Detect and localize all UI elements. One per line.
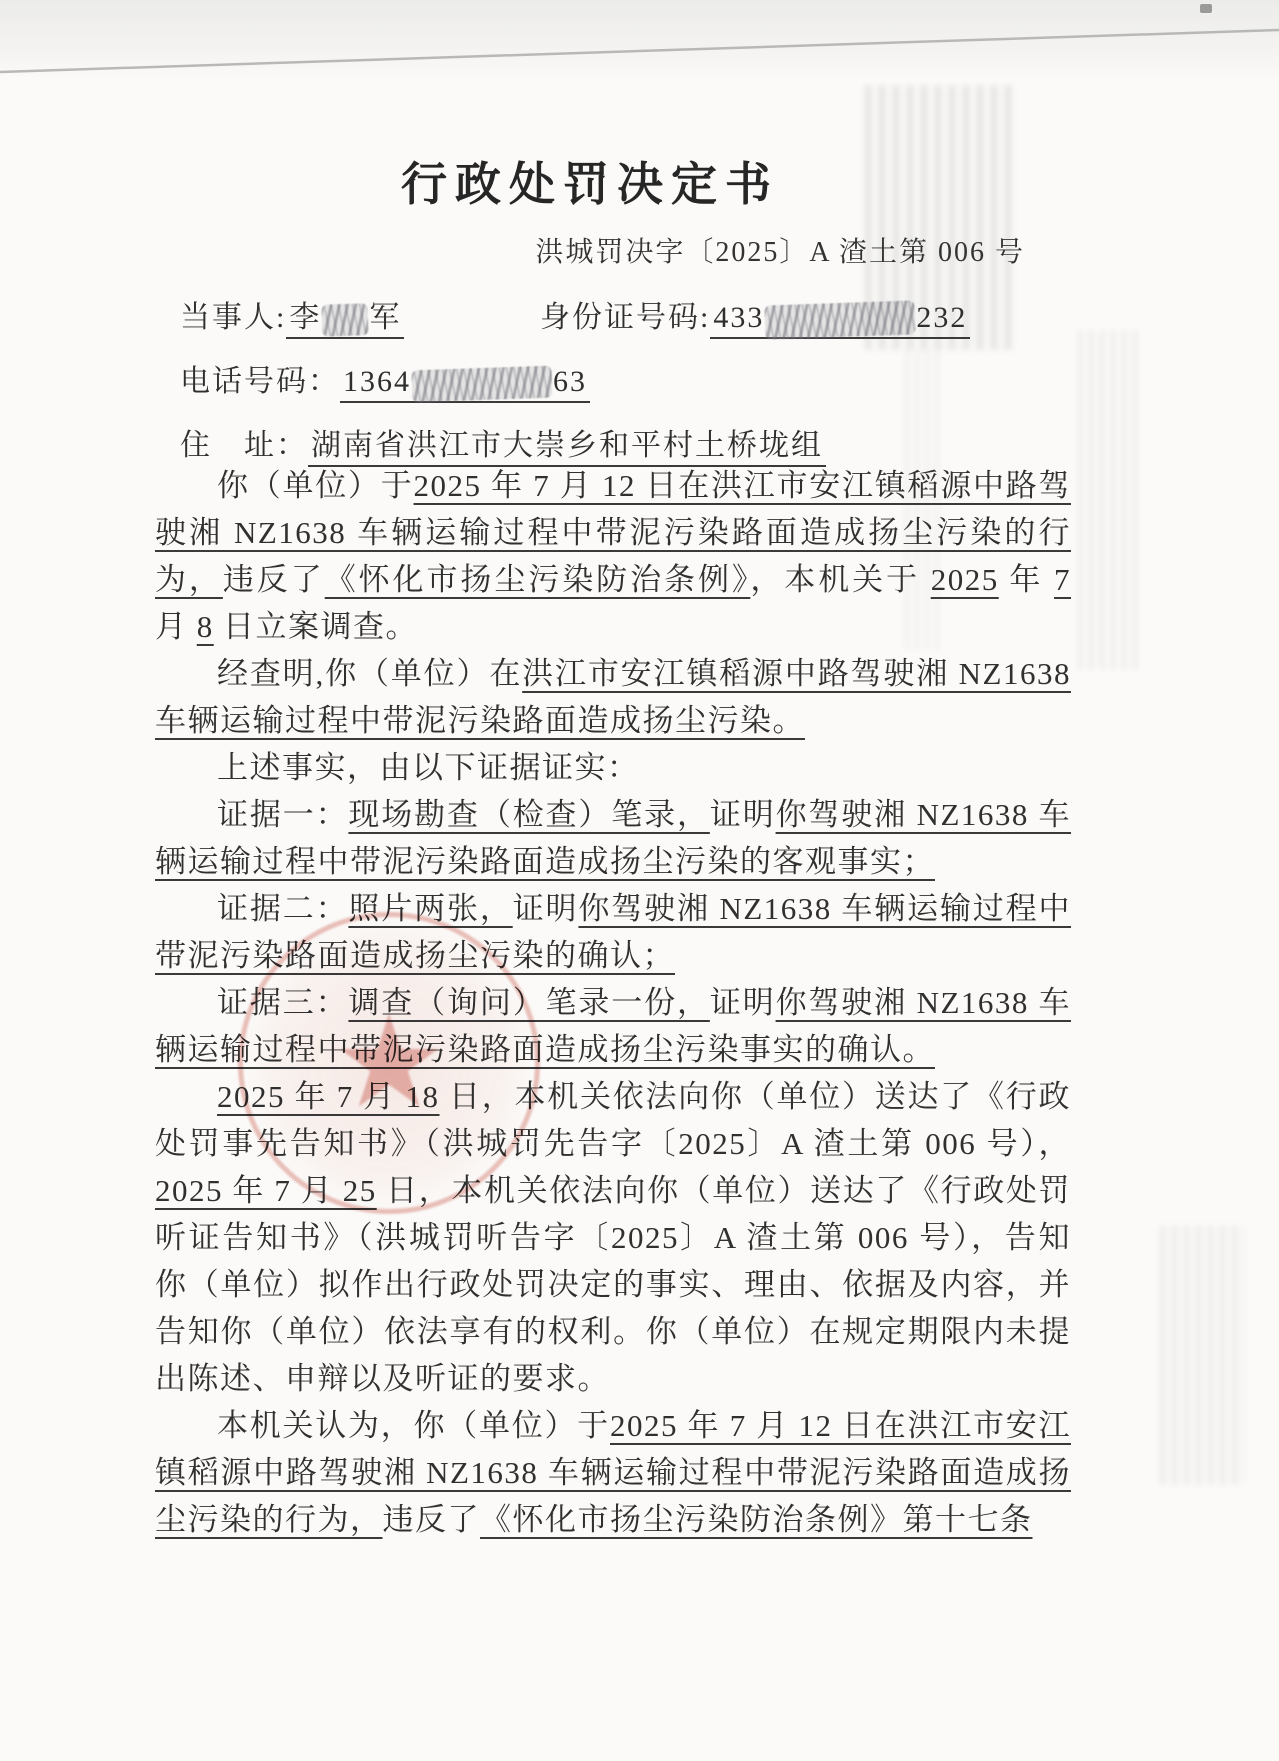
filled-in-text: 8 (197, 609, 214, 644)
party-name-field: 当事人:李军 (180, 292, 404, 336)
phone-label: 电话号码： (180, 365, 340, 398)
redaction-scribble (411, 366, 552, 403)
filled-in-text: 《怀化市扬尘污染防治条例》 (325, 562, 751, 597)
paragraph: 证据一：现场勘查（检查）笔录，证明你驾驶湘 NZ1638 车辆运输过程中带泥污染… (155, 791, 1071, 885)
paragraph: 经查明,你（单位）在洪江市安江镇稻源中路驾驶湘 NZ1638 车辆运输过程中带泥… (155, 650, 1071, 744)
paragraph: 你（单位）于2025 年 7 月 12 日在洪江市安江镇稻源中路驾驶湘 NZ16… (155, 462, 1071, 650)
redaction-scribble (765, 301, 916, 340)
body-text: 月 (155, 609, 197, 644)
body-text: 本机关认为，你（单位）于 (217, 1408, 610, 1443)
body-text: 证明 (710, 797, 776, 832)
address-field: 住 址：湖南省洪江市大崇乡和平村土桥垅组 (180, 420, 826, 464)
field-row-party: 当事人:李军 身份证号码:433232 (180, 292, 1110, 356)
party-info-fields: 当事人:李军 身份证号码:433232 电话号码：136463 住 址：湖南省洪… (180, 292, 1110, 484)
filled-in-text: 2025 (931, 562, 999, 597)
document-body: 你（单位）于2025 年 7 月 12 日在洪江市安江镇稻源中路驾驶湘 NZ16… (155, 462, 1071, 1543)
body-text: ，本机关于 (750, 562, 930, 597)
scan-top-shade (0, 0, 1279, 80)
body-text: 证据一： (217, 797, 348, 832)
body-text: 证据三： (217, 985, 348, 1020)
filled-in-text: 调查（询问）笔录一份， (348, 985, 709, 1020)
body-text: 上述事实，由以下证据证实： (217, 750, 640, 785)
id-label: 身份证号码: (540, 301, 710, 334)
paragraph: 证据二：照片两张，证明你驾驶湘 NZ1638 车辆运输过程中带泥污染路面造成扬尘… (155, 885, 1071, 979)
paragraph: 证据三：调查（询问）笔录一份，证明你驾驶湘 NZ1638 车辆运输过程中带泥污染… (155, 979, 1071, 1073)
scan-corner-mark (1200, 4, 1212, 13)
document-title: 行政处罚决定书 (155, 148, 1025, 214)
id-number-field: 身份证号码:433232 (540, 292, 970, 337)
filled-in-text: 现场勘查（检查）笔录， (348, 797, 709, 832)
filled-in-text: 照片两张， (348, 891, 512, 926)
paragraph: 2025 年 7 月 18 日，本机关依法向你（单位）送达了《行政处罚事先告知书… (155, 1073, 1071, 1402)
body-text: 经查明,你（单位）在 (217, 656, 522, 691)
paragraph: 本机关认为，你（单位）于2025 年 7 月 12 日在洪江市安江镇稻源中路驾驶… (155, 1402, 1071, 1543)
filled-in-text: 2025 年 7 月 25 (155, 1173, 377, 1208)
filled-in-text: 7 (1054, 562, 1071, 597)
party-label: 当事人: (180, 301, 286, 334)
id-number-prefix: 433 (713, 301, 764, 334)
redaction-scribble (322, 303, 369, 337)
id-number-suffix: 232 (916, 301, 967, 334)
address-label: 住 址： (180, 429, 308, 462)
phone-number-suffix: 63 (553, 365, 587, 398)
scan-streak (1160, 1225, 1245, 1485)
body-text: 日立案调查。 (214, 609, 418, 644)
filled-in-text: 2025 年 7 月 18 (217, 1079, 440, 1114)
body-text: 违反了 (383, 1502, 481, 1537)
phone-number-prefix: 1364 (343, 365, 411, 398)
document-number: 洪城罚决字〔2025〕A 渣土第 006 号 (155, 230, 1025, 270)
body-text: 违反了 (223, 562, 325, 597)
body-text: 证明 (513, 891, 579, 926)
page-edge-line (0, 0, 1279, 90)
party-name-suffix: 军 (369, 301, 401, 334)
body-text: 年 (999, 562, 1054, 597)
filled-in-text: 《怀化市扬尘污染防治条例》第十七条 (480, 1502, 1033, 1537)
party-name-prefix: 李 (289, 301, 321, 334)
field-row-phone: 电话号码：136463 (180, 356, 1110, 420)
paragraph: 上述事实，由以下证据证实： (155, 744, 1071, 791)
phone-number-field: 电话号码：136463 (180, 356, 590, 400)
body-text: 证明 (710, 985, 776, 1020)
body-text: 你（单位）于 (217, 468, 414, 503)
body-text: 证据二： (217, 891, 348, 926)
scanned-document-page: 行政处罚决定书 洪城罚决字〔2025〕A 渣土第 006 号 当事人:李军 身份… (0, 0, 1279, 1761)
